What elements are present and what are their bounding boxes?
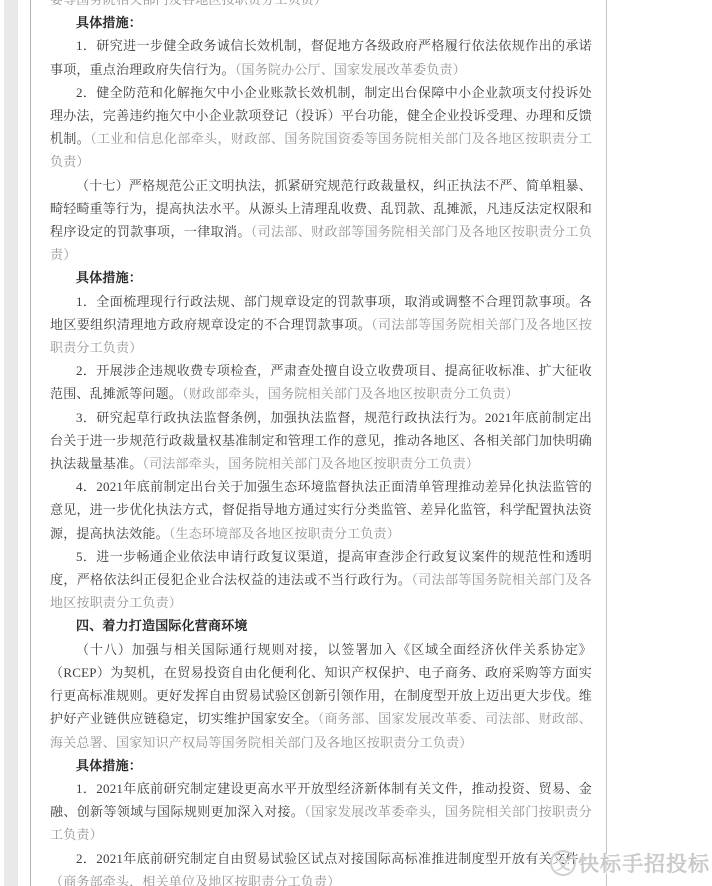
watermark: 文 快标手招投标 [550, 848, 710, 878]
paragraph-attribution: （工业和信息化部牵头，财政部、国务院国资委等国务院相关部门及各地区按职责分工负责… [50, 131, 592, 169]
paragraph-attribution: （国务院办公厅、国家发展改革委负责） [235, 62, 466, 77]
paragraph: 具体措施： [50, 266, 592, 289]
paragraph: 4．2021年底前制定出台关于加强生态环境监督执法正面清单管理推动差异化执法监管… [50, 475, 592, 545]
paragraph: 2．2021年底前研究制定自由贸易试验区试点对接国际高标准推进制度型开放有关文件… [50, 847, 592, 886]
paragraph-text: 具体措施： [76, 758, 142, 773]
paragraph: 3．研究起草行政执法监督条例，加强执法监督，规范行政执法行为。2021年底前制定… [50, 406, 592, 476]
paragraph: 1．2021年底前研究制定建设更高水平开放型经济新体制有关文件，推动投资、贸易、… [50, 777, 592, 847]
paragraph: 2．健全防范和化解拖欠中小企业账款长效机制，制定出台保障中小企业款项支付投诉处理… [50, 81, 592, 174]
page-edge-strip [4, 0, 18, 886]
paragraph-attribution: （商务部牵头，相关单位及地区按职责分工负责） [50, 874, 340, 886]
paragraph-text: 具体措施： [76, 270, 142, 285]
watermark-logo-icon: 文 [550, 850, 576, 876]
paragraph-attribution: （财政部牵头，国务院相关部门及各地区按职责分工负责） [182, 386, 519, 401]
paragraph: 具体措施： [50, 754, 592, 777]
paragraph: 1．研究进一步健全政务诚信长效机制，督促地方各级政府严格履行依法依规作出的承诺事… [50, 34, 592, 80]
paragraph: 委等国务院相关部门及各地区按职责分工负责） [50, 0, 592, 11]
paragraph-attribution: （司法部牵头，国务院相关部门及各地区按职责分工负责） [142, 456, 479, 471]
paragraph-attribution: （生态环境部及各地区按职责分工负责） [169, 526, 400, 541]
paragraph-text: 具体措施： [76, 15, 142, 30]
paragraph: （十七）严格规范公正文明执法，抓紧研究规范行政裁量权，纠正执法不严、简单粗暴、畸… [50, 174, 592, 267]
paragraph: 1．全面梳理现行行政法规、部门规章设定的罚款事项，取消或调整不合理罚款事项。各地… [50, 290, 592, 360]
paragraph-text: 委等国务院相关部门及各地区按职责分工负责） [50, 0, 327, 7]
watermark-label: 快标手招投标 [578, 848, 710, 878]
paragraph: （十八）加强与相关国际通行规则对接，以签署加入《区域全面经济伙伴关系协定》（RC… [50, 638, 592, 754]
content-right-border [606, 0, 607, 886]
paragraph: 具体措施： [50, 11, 592, 34]
document-paragraph-list: 委等国务院相关部门及各地区按职责分工负责）具体措施：1．研究进一步健全政务诚信长… [50, 0, 592, 886]
paragraph: 2．开展涉企违规收费专项检查，严肃查处擅自设立收费项目、提高征收标准、扩大征收范… [50, 359, 592, 405]
document-body: 委等国务院相关部门及各地区按职责分工负责）具体措施：1．研究进一步健全政务诚信长… [31, 0, 606, 886]
paragraph: 5．进一步畅通企业依法申请行政复议渠道，提高审查涉企行政复议案件的规范性和透明度… [50, 545, 592, 615]
paragraph: 四、着力打造国际化营商环境 [50, 614, 592, 637]
paragraph-text: 2．2021年底前研究制定自由贸易试验区试点对接国际高标准推进制度型开放有关文件… [76, 851, 592, 866]
paragraph-text: 四、着力打造国际化营商环境 [76, 618, 248, 633]
